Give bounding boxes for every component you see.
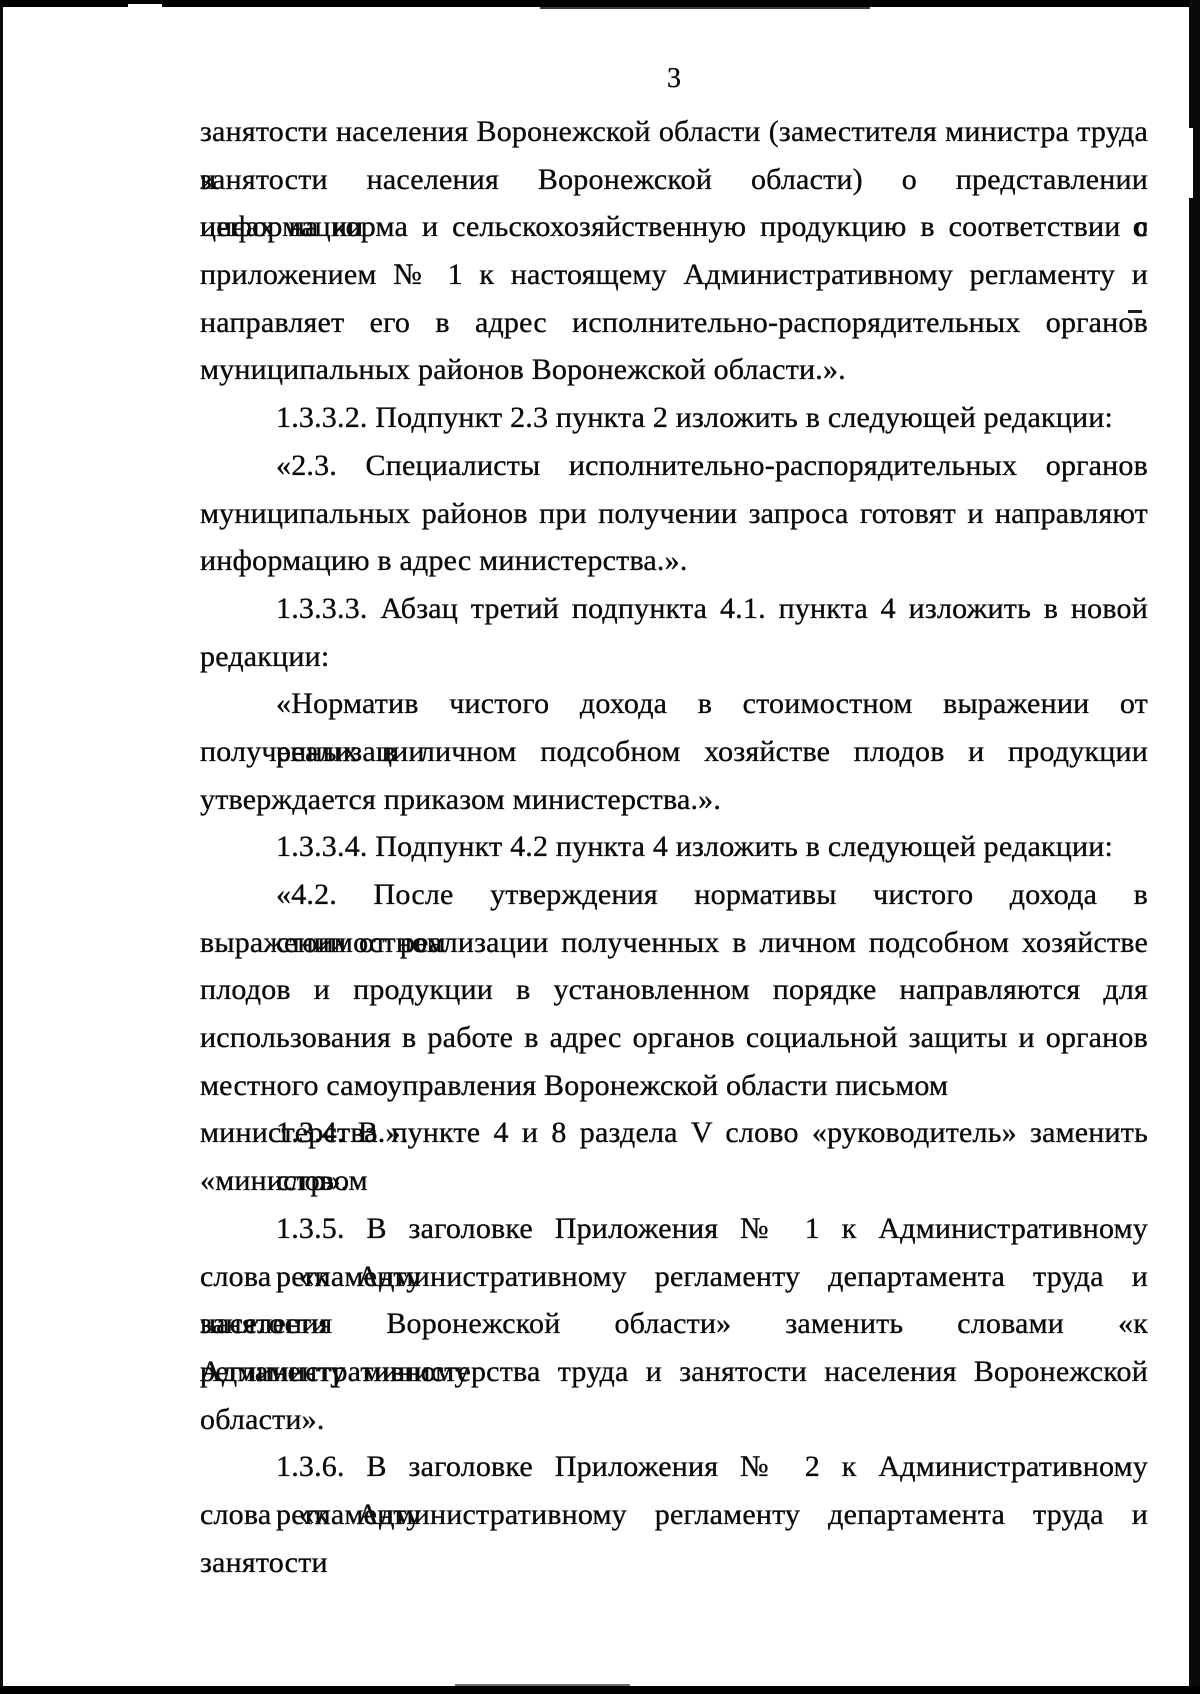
text-line: «4.2. После утверждения нормативы чистог… <box>200 871 1148 919</box>
text-line: утверждается приказом министерства.». <box>200 776 1148 824</box>
text-line: 1.3.3.4. Подпункт 4.2 пункта 4 изложить … <box>200 823 1148 871</box>
text-line: муниципальных районов при получении запр… <box>200 490 1148 538</box>
text-line: 1.3.3.2. Подпункт 2.3 пункта 2 изложить … <box>200 394 1148 442</box>
text-line: приложением № 1 к настоящему Администрат… <box>200 251 1148 299</box>
text-line: 1.3.6. В заголовке Приложения № 2 к Адми… <box>200 1443 1148 1491</box>
scan-border-bottom <box>0 1686 1200 1694</box>
text-line: информацию в адрес министерства.». <box>200 537 1148 585</box>
text-line: слова «к Административному регламенту де… <box>200 1491 1148 1539</box>
text-line: «Норматив чистого дохода в стоимостном в… <box>200 680 1148 728</box>
text-line: плодов и продукции в установленном поряд… <box>200 966 1148 1014</box>
text-line: «2.3. Специалисты исполнительно-распоряд… <box>200 442 1148 490</box>
scan-hairline-bottom <box>455 1684 630 1686</box>
text-line: занятости населения Воронежской области)… <box>200 156 1148 204</box>
text-line: 1.3.5. В заголовке Приложения № 1 к Адми… <box>200 1205 1148 1253</box>
text-line: 1.3.4. В пункте 4 и 8 раздела V слово «р… <box>200 1109 1148 1157</box>
text-line: местного самоуправления Воронежской обла… <box>200 1062 1148 1110</box>
page-number: 3 <box>200 64 1148 94</box>
text-line: выражении от реализации полученных в лич… <box>200 919 1148 967</box>
scan-hairline-top <box>540 7 870 9</box>
text-line: «министр». <box>200 1157 1148 1205</box>
scan-border-top-notch <box>128 4 162 7</box>
text-line: использования в работе в адрес органов с… <box>200 1014 1148 1062</box>
scan-border-left <box>0 7 3 1694</box>
scan-border-right <box>1189 0 1200 1694</box>
text-line: муниципальных районов Воронежской област… <box>200 346 1148 394</box>
text-line: регламенту министерства труда и занятост… <box>200 1348 1148 1396</box>
text-line: редакции: <box>200 633 1148 681</box>
text-line: 1.3.3.3. Абзац третий подпункта 4.1. пун… <box>200 585 1148 633</box>
text-line: занятости населения Воронежской области … <box>200 108 1148 156</box>
text-line: ценах на корма и сельскохозяйственную пр… <box>200 203 1148 251</box>
document-body: занятости населения Воронежской области … <box>200 108 1148 1539</box>
scan-border-top <box>0 0 1200 7</box>
document-page: 3 занятости населения Воронежской област… <box>0 0 1200 1694</box>
text-line: направляет его в адрес исполнительно-рас… <box>200 299 1148 347</box>
text-line: слова «к Административному регламенту де… <box>200 1253 1148 1301</box>
scan-dash-artifact <box>1128 310 1142 313</box>
text-line: полученных в личном подсобном хозяйстве … <box>200 728 1148 776</box>
scan-border-right-nick <box>1189 128 1193 198</box>
text-line: области». <box>200 1396 1148 1444</box>
text-line: населения Воронежской области» заменить … <box>200 1300 1148 1348</box>
